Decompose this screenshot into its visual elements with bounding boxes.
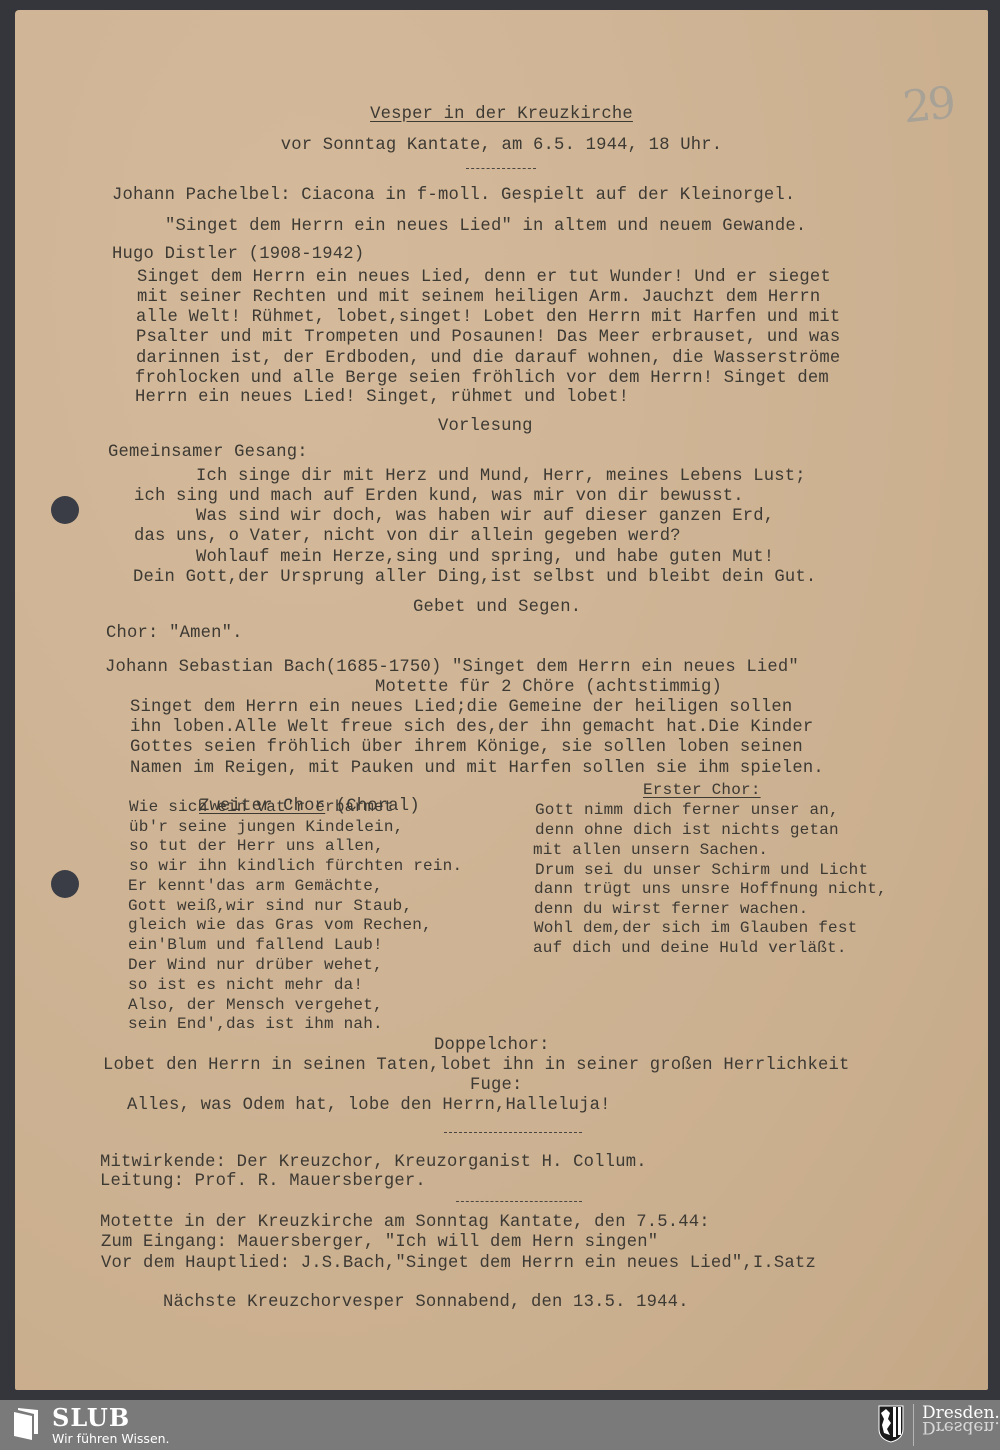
bach-line: ihn loben.Alle Welt freue sich des,der i…	[130, 718, 813, 738]
divider	[456, 1201, 582, 1202]
slub-brand[interactable]: SLUB	[52, 1403, 130, 1432]
fugue-heading: Fuge:	[470, 1076, 523, 1096]
punch-hole-top	[51, 496, 79, 524]
second-choir-line: sein End',das ist ihm nah.	[128, 1014, 383, 1034]
hymn-line: Wohlauf mein Herze,sing und spring, und …	[196, 548, 774, 568]
distler-line: Psalter und mit Trompeten und Posaunen! …	[136, 328, 840, 348]
second-choir-line: Der Wind nur drüber wehet,	[128, 955, 383, 975]
dresden-wordmark-mirror: Dresden.	[922, 1417, 1000, 1437]
slub-tagline: Wir führen Wissen.	[52, 1431, 170, 1446]
bach-heading: Johann Sebastian Bach(1685-1750) "Singet…	[105, 658, 799, 678]
fugue-text: Alles, was Odem hat, lobe den Herrn,Hall…	[127, 1096, 611, 1116]
motet-before-hymn: Vor dem Hauptlied: J.S.Bach,"Singet dem …	[101, 1254, 816, 1274]
first-choir-heading: Erster Chor:	[643, 780, 761, 800]
first-choir-line: Drum sei du unser Schirm und Licht	[535, 860, 868, 880]
first-choir-line: mit allen unsern Sachen.	[533, 840, 768, 860]
hymn-line: Was sind wir doch, was haben wir auf die…	[196, 507, 774, 527]
reading-heading: Vorlesung	[438, 417, 533, 437]
divider	[444, 1132, 582, 1133]
slub-book-icon	[12, 1406, 40, 1440]
distler-line: frohlocken und alle Berge seien fröhlich…	[135, 369, 829, 389]
distler-line: darinnen ist, der Erdboden, und die dara…	[136, 349, 840, 369]
first-choir-line: denn ohne dich ist nichts getan	[535, 820, 839, 840]
distler-line: mit seiner Rechten und mit seinem heilig…	[137, 288, 820, 308]
first-choir-line: dann trügt uns unsre Hoffnung nicht,	[534, 879, 887, 899]
performers-line: Mitwirkende: Der Kreuzchor, Kreuzorganis…	[100, 1153, 647, 1173]
hymn-line: ich sing und mach auf Erden kund, was mi…	[134, 487, 744, 507]
document-subtitle: vor Sonntag Kantate, am 6.5. 1944, 18 Uh…	[15, 136, 988, 156]
hymn-line: Ich singe dir mit Herz und Mund, Herr, m…	[196, 467, 806, 487]
bach-line: Gottes seien fröhlich über ihrem Könige,…	[130, 738, 803, 758]
motet-heading: Motette in der Kreuzkirche am Sonntag Ka…	[100, 1213, 710, 1233]
second-choir-line: so tut der Herr uns allen,	[129, 836, 384, 856]
distler-line: Singet dem Herrn ein neues Lied, denn er…	[137, 268, 831, 288]
amen-line: Chor: "Amen".	[106, 624, 243, 644]
punch-hole-bottom	[51, 870, 79, 898]
logo-separator	[913, 1404, 914, 1446]
prayer-heading: Gebet und Segen.	[413, 598, 581, 618]
second-choir-line: Er kennt'das arm Gemächte,	[128, 876, 383, 896]
second-choir-line: Also, der Mensch vergehet,	[128, 995, 383, 1015]
second-choir-line: gleich wie das Gras vom Rechen,	[128, 915, 432, 935]
second-choir-line: Gott weiß,wir sind nur Staub,	[128, 896, 412, 916]
bach-line: Singet dem Herrn ein neues Lied;die Geme…	[130, 698, 792, 718]
bach-line: Namen im Reigen, mit Pauken und mit Harf…	[130, 759, 824, 779]
document-title: Vesper in der Kreuzkirche	[15, 105, 988, 125]
double-choir-heading: Doppelchor:	[434, 1036, 550, 1056]
distler-line: alle Welt! Rühmet, lobet,singet! Lobet d…	[136, 308, 840, 328]
second-choir-line: üb'r seine jungen Kindelein,	[129, 817, 403, 837]
hymn-heading: Gemeinsamer Gesang:	[108, 443, 308, 463]
first-choir-line: denn du wirst ferner wachen.	[534, 899, 808, 919]
first-choir-line: Wohl dem,der sich im Glauben fest	[534, 918, 857, 938]
divider	[466, 168, 536, 169]
second-choir-line: Wie sich ein Vat'r erbarmet	[129, 797, 394, 817]
distler-line: Herrn ein neues Lied! Singet, rühmet und…	[135, 388, 629, 408]
motet-entrance: Zum Eingang: Mauersberger, "Ich will dem…	[101, 1233, 658, 1253]
second-choir-line: ein'Blum und fallend Laub!	[128, 935, 383, 955]
hymn-line: Dein Gott,der Ursprung aller Ding,ist se…	[133, 568, 816, 588]
pachelbel-line: Johann Pachelbel: Ciacona in f-moll. Ges…	[112, 186, 795, 206]
direction-line: Leitung: Prof. R. Mauersberger.	[100, 1172, 426, 1192]
second-choir-line: so ist es nicht mehr da!	[128, 975, 363, 995]
hymn-line: das uns, o Vater, nicht von dir allein g…	[134, 527, 681, 547]
distler-heading: Hugo Distler (1908-1942)	[112, 245, 364, 265]
first-choir-line: auf dich und deine Huld verläßt.	[533, 938, 847, 958]
footer-bar: SLUB Wir führen Wissen. Dresden. Dresden…	[0, 1400, 1000, 1450]
theme-line: "Singet dem Herrn ein neues Lied" in alt…	[165, 217, 806, 237]
dresden-crest-icon	[878, 1405, 904, 1443]
second-choir-line: so wir ihn kindlich fürchten rein.	[129, 856, 462, 876]
bach-subheading: Motette für 2 Chöre (achtstimmig)	[375, 678, 722, 698]
next-vesper-line: Nächste Kreuzchorvesper Sonnabend, den 1…	[163, 1293, 689, 1313]
first-choir-line: Gott nimm dich ferner unser an,	[535, 800, 839, 820]
double-choir-text: Lobet den Herrn in seinen Taten,lobet ih…	[103, 1056, 850, 1076]
